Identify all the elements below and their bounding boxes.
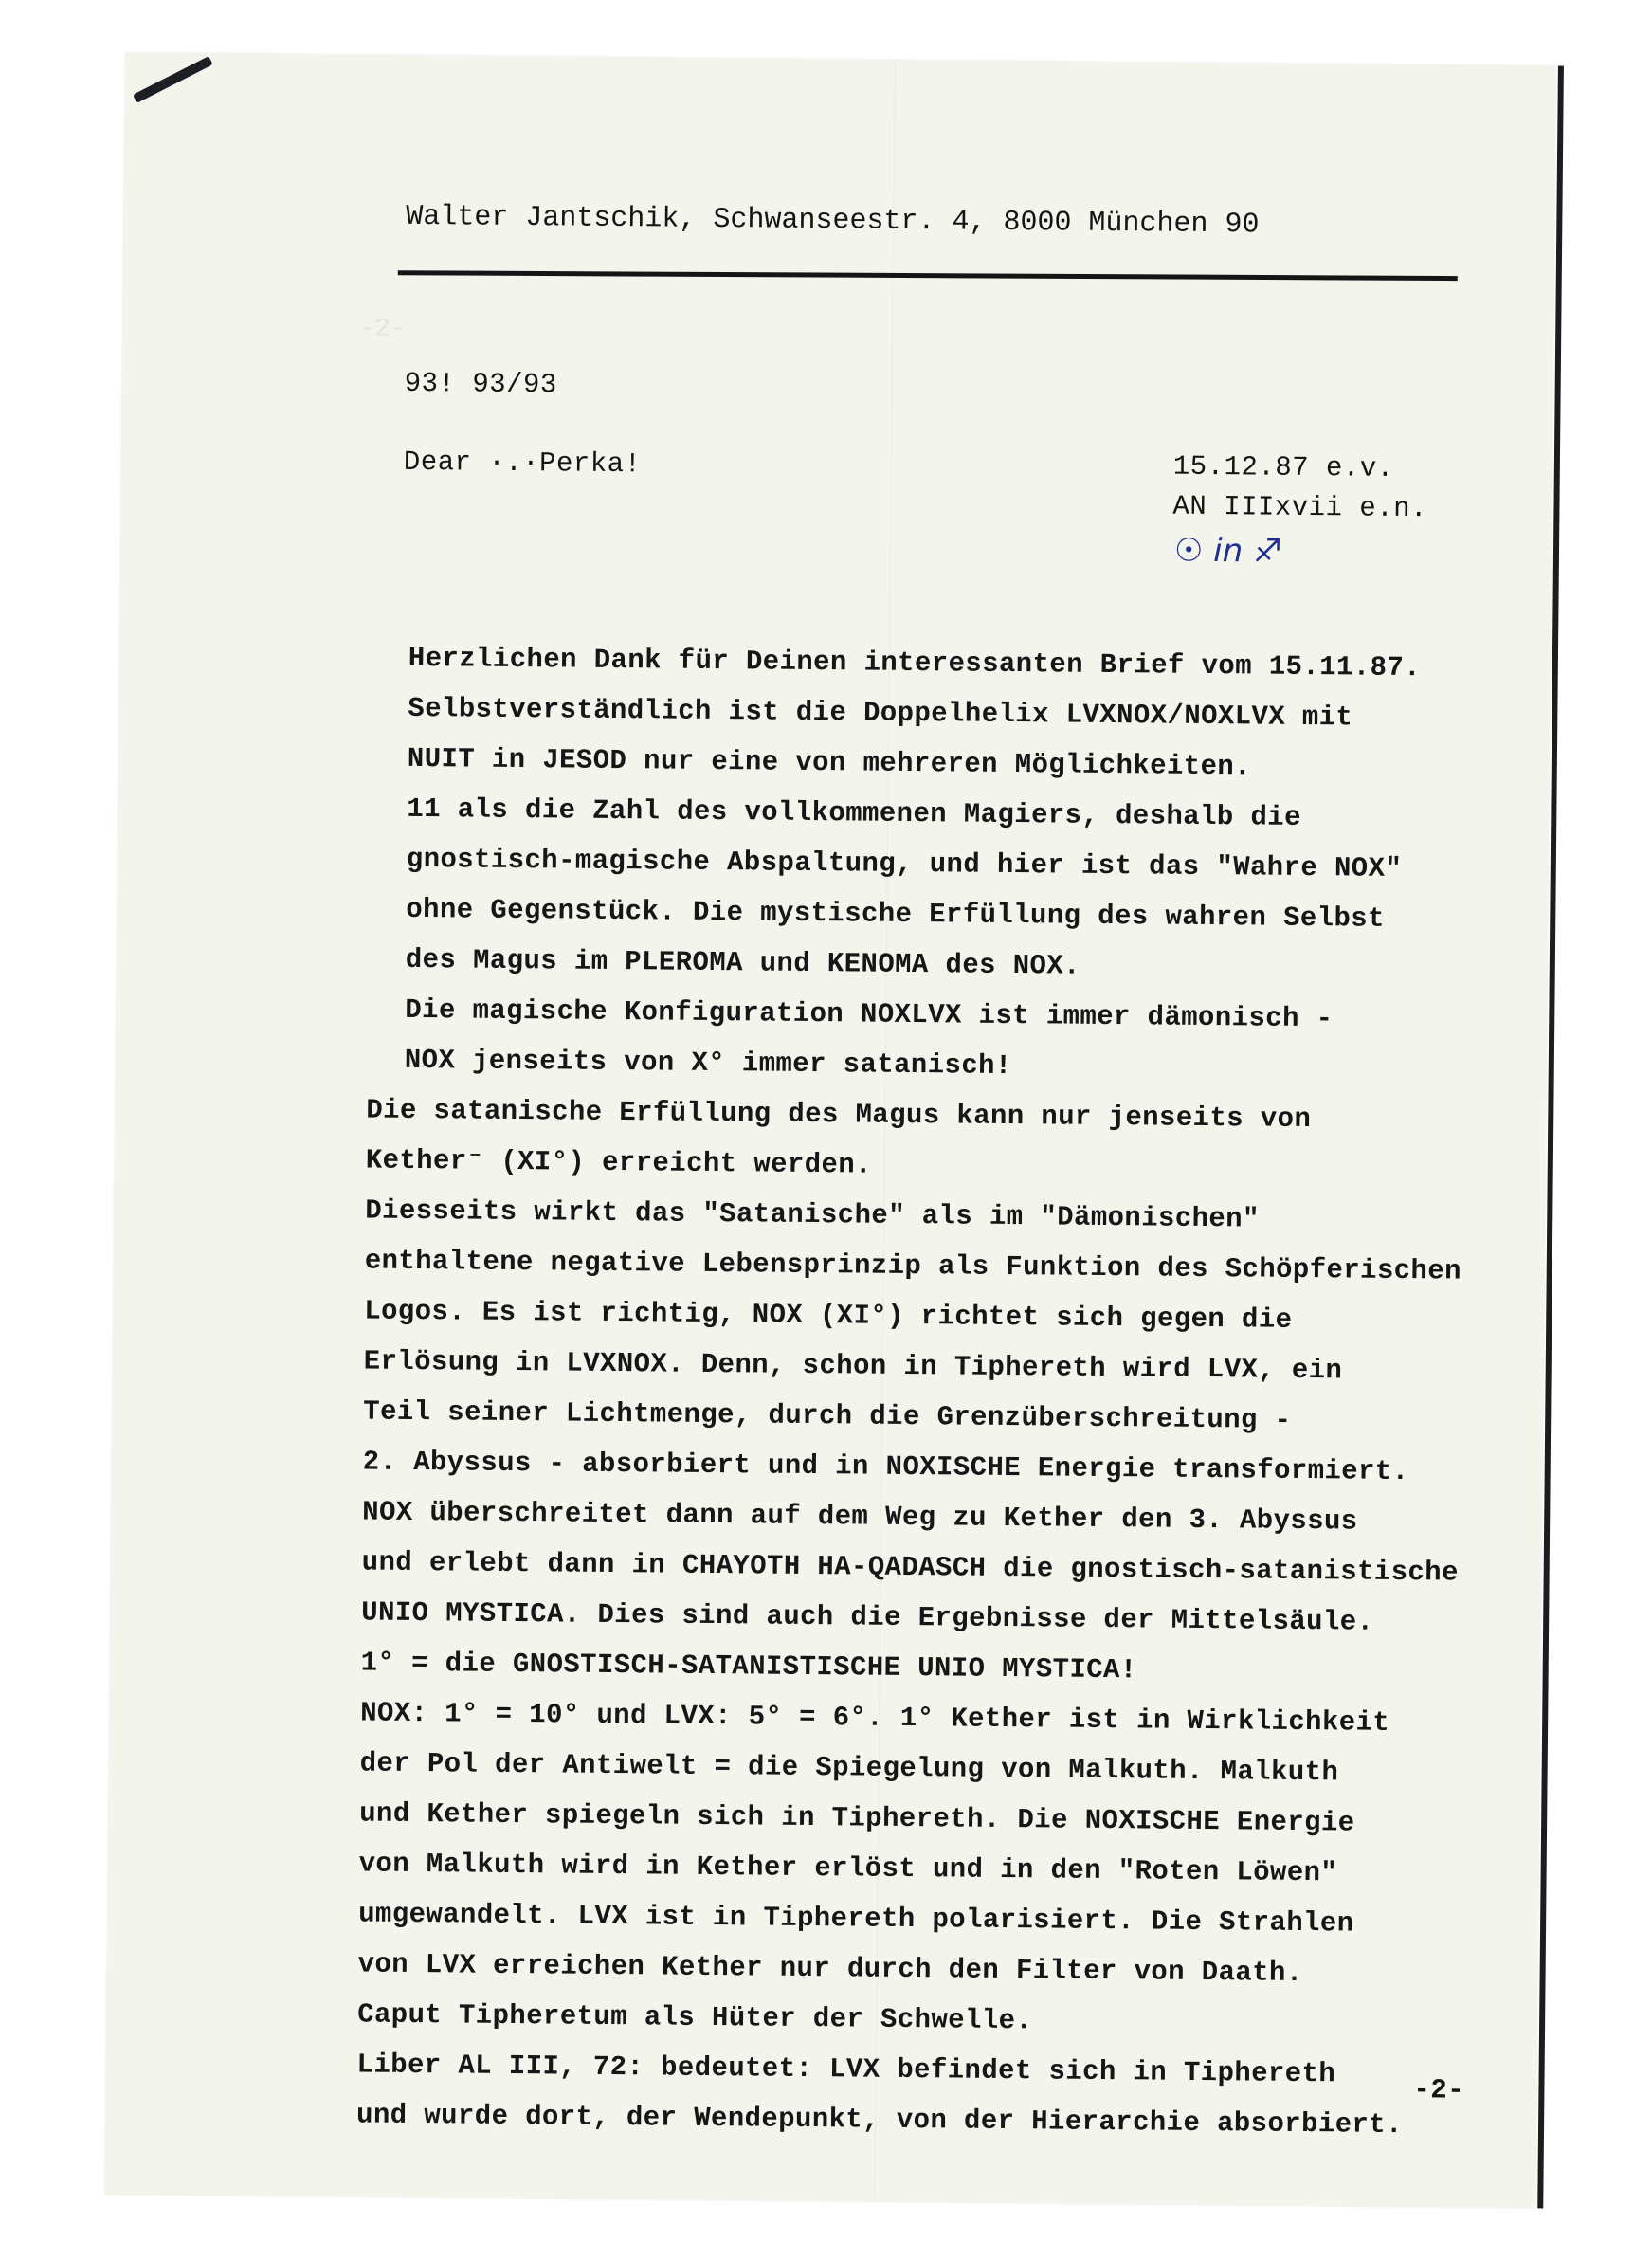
letter-body: Herzlichen Dank für Deinen interessanten… [356, 633, 1467, 2151]
greeting: Dear ·.·Perka! [404, 447, 642, 480]
date-an: AN IIIxvii e.n. [1172, 491, 1427, 525]
page-number: -2- [1413, 2074, 1464, 2106]
date-ev: 15.12.87 e.v. [1173, 451, 1394, 484]
page-edge-shadow [1537, 66, 1564, 2209]
sender-address: Walter Jantschik, Schwanseestr. 4, 8000 … [406, 201, 1259, 242]
letterhead-rule [398, 270, 1458, 281]
body-line: und wurde dort, der Wendepunkt, von der … [356, 2089, 1454, 2150]
handwritten-sun-in-sagittarius: ☉ in ♐ [1174, 532, 1282, 571]
salutation-code: 93! 93/93 [405, 368, 557, 401]
show-through-text: -2- [359, 272, 407, 386]
letter-page: -2- Walter Jantschik, Schwanseestr. 4, 8… [104, 52, 1556, 2208]
